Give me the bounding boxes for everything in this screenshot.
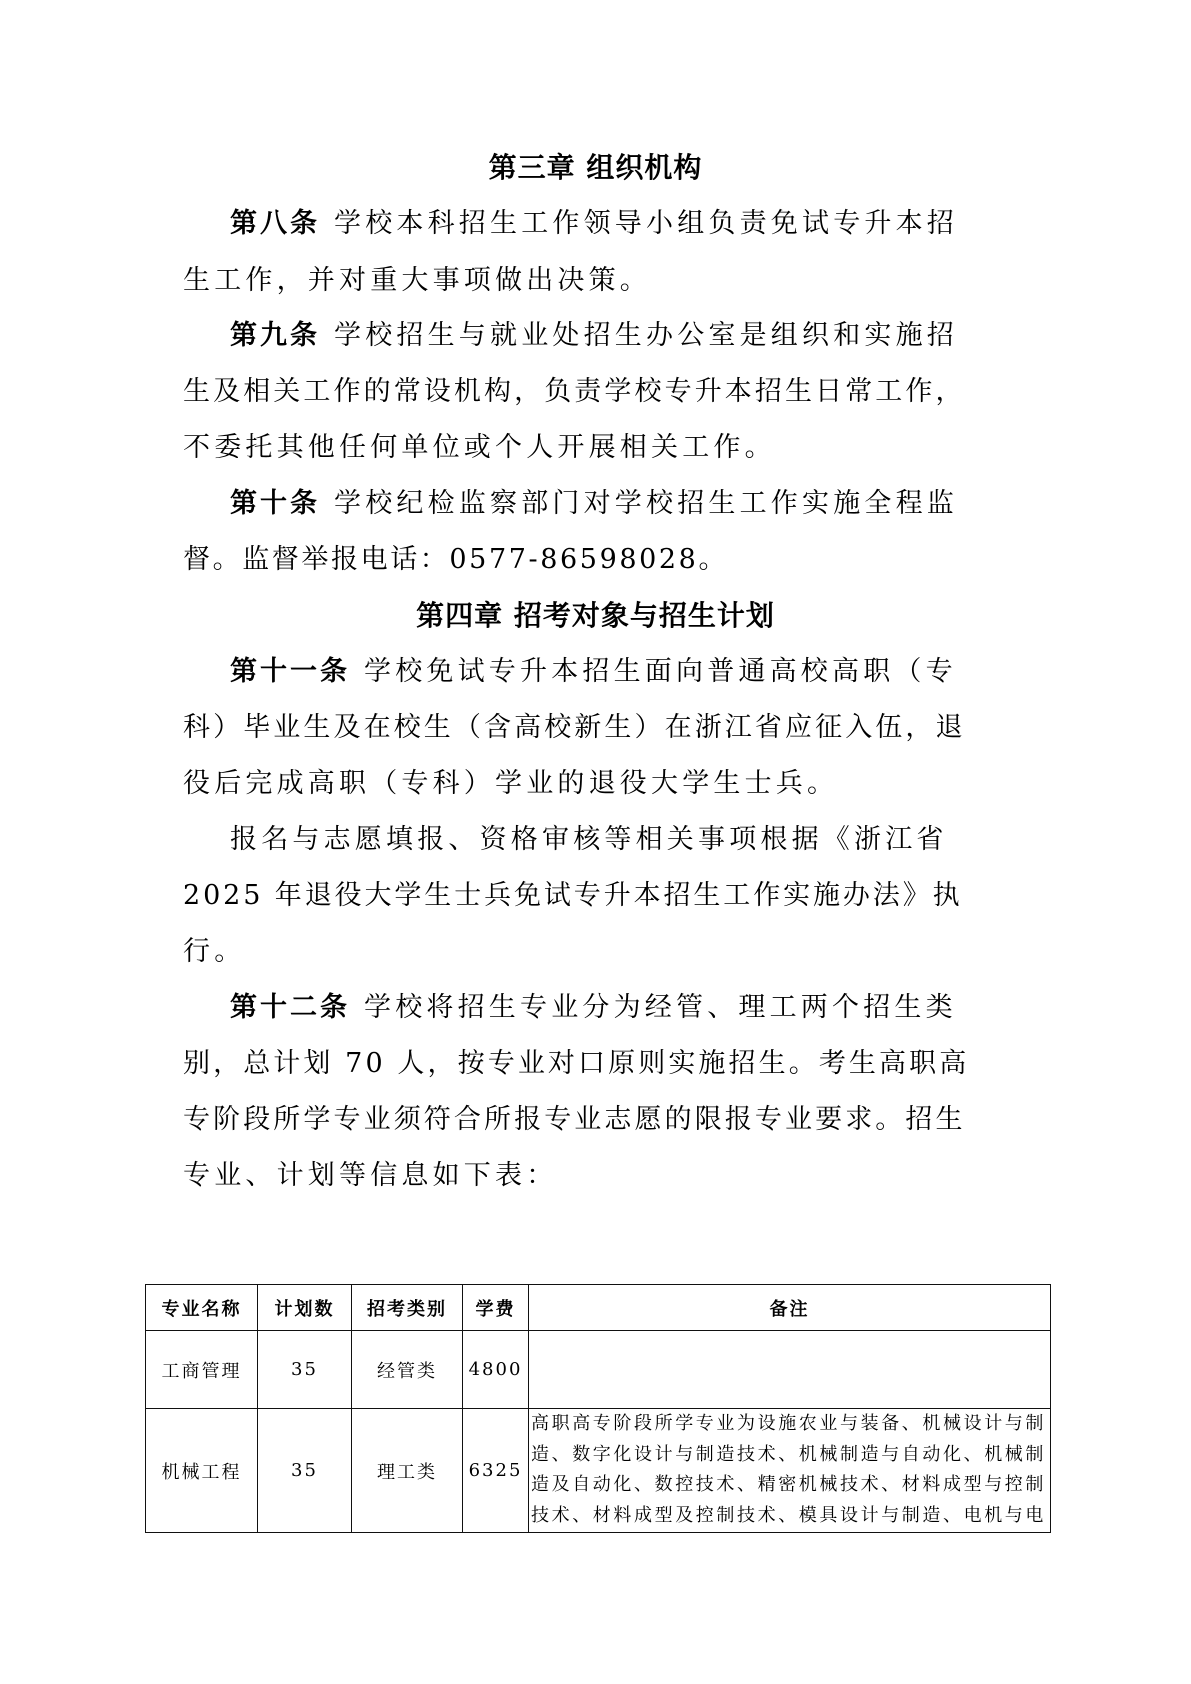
article-9-line-1: 第九条学校招生与就业处招生办公室是组织和实施招 [230, 316, 958, 356]
article-12-line-3: 专阶段所学专业须符合所报专业志愿的限报专业要求。招生 [183, 1100, 966, 1140]
registration-line-1: 报名与志愿填报、资格审核等相关事项根据《浙江省 [230, 820, 948, 860]
article-12-label: 第十二条 [230, 992, 350, 1023]
article-9-label: 第九条 [230, 320, 320, 351]
cell-category: 经管类 [352, 1331, 463, 1409]
article-12-line-1: 第十二条学校将招生专业分为经管、理工两个招生类 [230, 988, 957, 1028]
header-category: 招考类别 [352, 1285, 463, 1331]
article-12-line-4: 专业、计划等信息如下表： [183, 1156, 557, 1196]
cell-major: 工商管理 [146, 1331, 258, 1409]
header-tuition: 学费 [463, 1285, 529, 1331]
table-row: 工商管理 35 经管类 4800 [146, 1331, 1051, 1409]
article-10-line-2: 督。监督举报电话：0577-86598028。 [183, 540, 728, 580]
article-10-text-1: 学校纪检监察部门对学校招生工作实施全程监 [334, 488, 958, 519]
table-row: 机械工程 35 理工类 6325 高职高专阶段所学专业为设施农业与装备、机械设计… [146, 1409, 1051, 1533]
cell-category: 理工类 [352, 1409, 463, 1533]
registration-line-3: 行。 [183, 932, 245, 972]
cell-note [529, 1331, 1051, 1409]
cell-major: 机械工程 [146, 1409, 258, 1533]
article-8-line-2: 生工作，并对重大事项做出决策。 [183, 261, 651, 301]
article-8-line-1: 第八条学校本科招生工作领导小组负责免试专升本招 [230, 204, 958, 244]
article-9-text-1: 学校招生与就业处招生办公室是组织和实施招 [334, 320, 958, 351]
article-11-line-3: 役后完成高职（专科）学业的退役大学生士兵。 [183, 764, 838, 804]
article-11-text-1: 学校免试专升本招生面向普通高校高职（专 [364, 656, 957, 687]
article-11-line-2: 科）毕业生及在校生（含高校新生）在浙江省应征入伍，退 [183, 708, 966, 748]
table-header-row: 专业名称 计划数 招考类别 学费 备注 [146, 1285, 1051, 1331]
article-11-label: 第十一条 [230, 656, 350, 687]
document-page: 第三章 组织机构 第八条学校本科招生工作领导小组负责免试专升本招 生工作，并对重… [0, 0, 1191, 1684]
cell-note: 高职高专阶段所学专业为设施农业与装备、机械设计与制造、数字化设计与制造技术、机械… [529, 1409, 1051, 1533]
article-10-label: 第十条 [230, 488, 320, 519]
article-8-label: 第八条 [230, 208, 320, 239]
enrollment-plan-table: 专业名称 计划数 招考类别 学费 备注 工商管理 35 经管类 4800 机械工… [145, 1284, 1051, 1533]
chapter-3-title: 第三章 组织机构 [0, 148, 1191, 188]
article-8-text-1: 学校本科招生工作领导小组负责免试专升本招 [334, 208, 958, 239]
article-12-text-1: 学校将招生专业分为经管、理工两个招生类 [364, 992, 957, 1023]
article-10-line-1: 第十条学校纪检监察部门对学校招生工作实施全程监 [230, 484, 958, 524]
cell-tuition: 6325 [463, 1409, 529, 1533]
article-11-line-1: 第十一条学校免试专升本招生面向普通高校高职（专 [230, 652, 957, 692]
chapter-4-title: 第四章 招考对象与招生计划 [0, 596, 1191, 636]
header-major: 专业名称 [146, 1285, 258, 1331]
header-plan: 计划数 [258, 1285, 352, 1331]
registration-line-2: 2025 年退役大学生士兵免试专升本招生工作实施办法》执 [183, 876, 963, 916]
header-note: 备注 [529, 1285, 1051, 1331]
article-9-line-2: 生及相关工作的常设机构，负责学校专升本招生日常工作， [183, 372, 966, 412]
article-12-line-2: 别，总计划 70 人，按专业对口原则实施招生。考生高职高 [183, 1044, 969, 1084]
cell-plan: 35 [258, 1331, 352, 1409]
cell-tuition: 4800 [463, 1331, 529, 1409]
cell-plan: 35 [258, 1409, 352, 1533]
article-9-line-3: 不委托其他任何单位或个人开展相关工作。 [183, 428, 776, 468]
